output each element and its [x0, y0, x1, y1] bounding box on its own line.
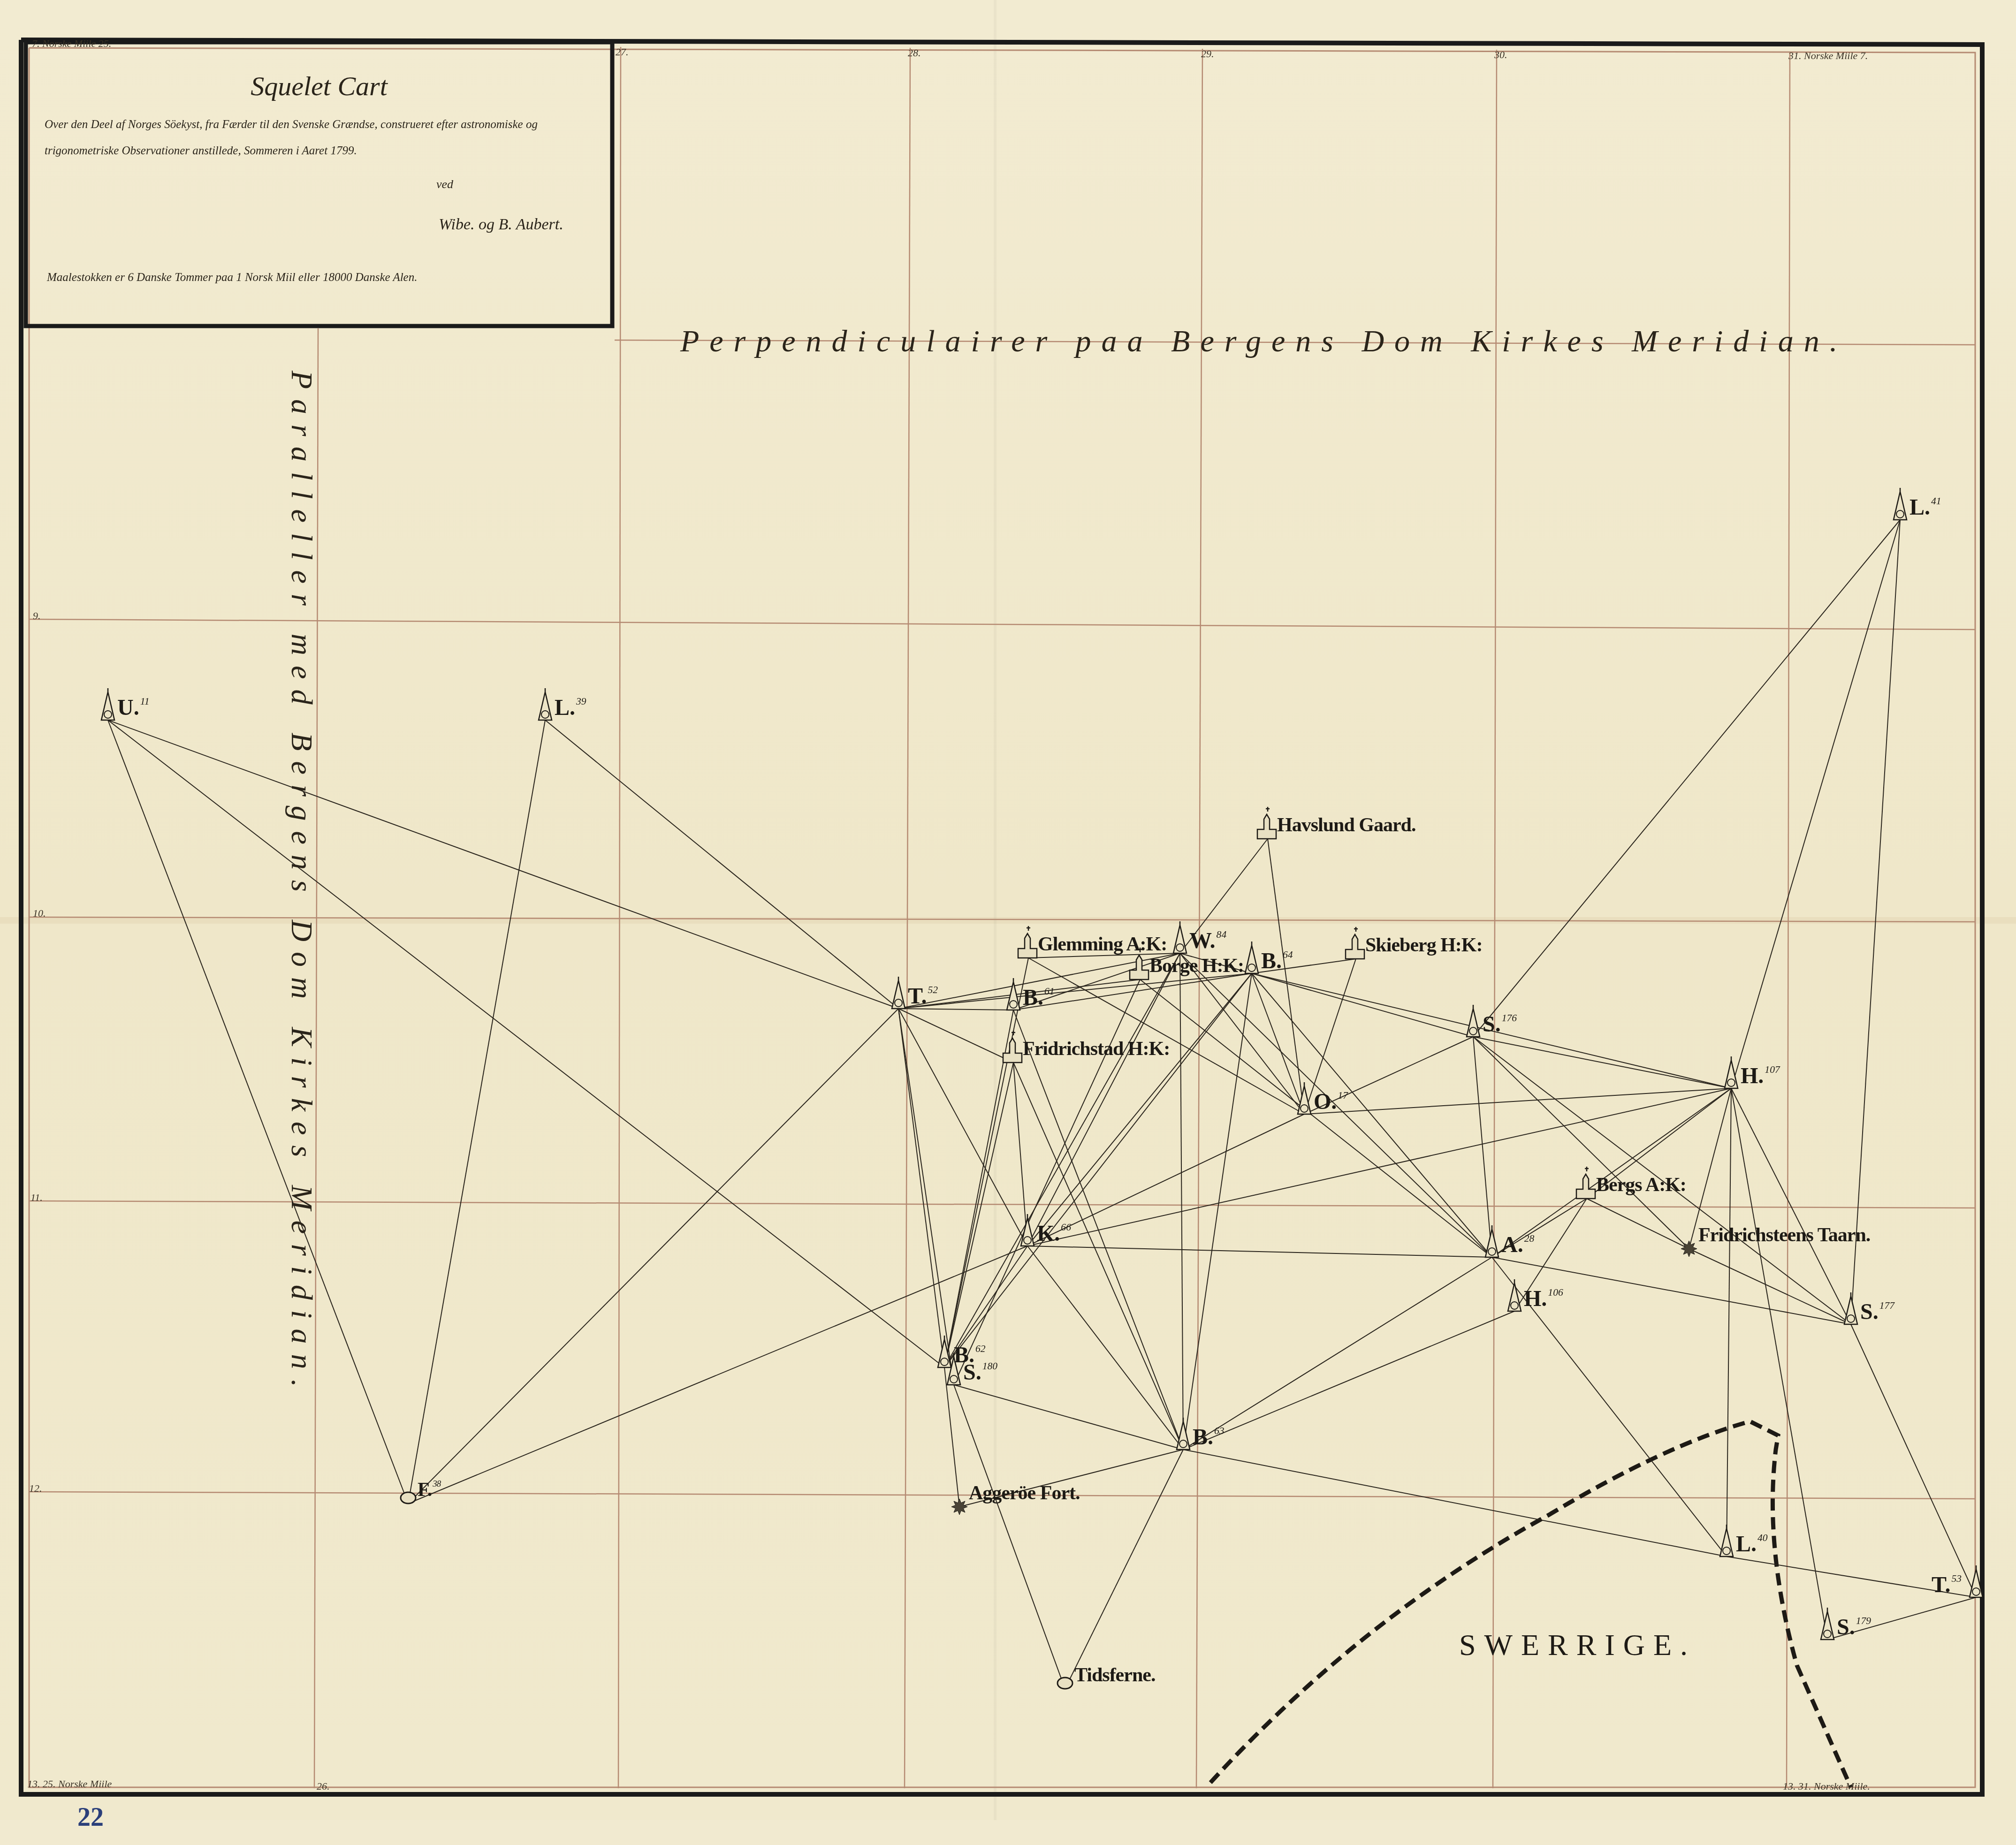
station-label-FridrichsteensTaarn: Fridrichsteens Taarn. — [1698, 1225, 1870, 1245]
station-name: B. — [1023, 985, 1043, 1010]
station-number: 62 — [975, 1343, 986, 1354]
station-label-L40: L.40 — [1736, 1533, 1768, 1556]
station-label-T52: T.52 — [908, 985, 938, 1008]
station-marker-beacon-icon[interactable] — [401, 1492, 416, 1503]
station-number: 41 — [1931, 495, 1941, 507]
station-name: T. — [908, 984, 927, 1009]
station-marker-station-icon[interactable] — [539, 688, 552, 720]
station-number: 180 — [982, 1360, 997, 1372]
station-label-BergsAK: Bergs A:K: — [1596, 1175, 1686, 1195]
station-label-H107: H.107 — [1741, 1065, 1780, 1087]
station-name: F. — [418, 1479, 432, 1501]
station-marker-station-icon[interactable] — [1467, 1005, 1480, 1037]
grid-label-top-30: 30. — [1494, 49, 1507, 61]
map-scale-note: Maalestokken er 6 Danske Tommer paa 1 No… — [47, 271, 417, 284]
archive-stamp-number: 22 — [77, 1802, 104, 1832]
station-label-F38: F.38 — [418, 1480, 441, 1500]
station-name: Tidsferne. — [1074, 1664, 1155, 1686]
station-label-SkiebergHK: Skieberg H:K: — [1365, 935, 1482, 955]
station-number: 52 — [928, 984, 938, 995]
station-name: W. — [1189, 928, 1216, 953]
station-label-HavslundGaard: Havslund Gaard. — [1277, 815, 1415, 835]
station-label-S179: S.179 — [1837, 1616, 1871, 1639]
station-number: 63 — [1214, 1425, 1225, 1436]
grid-label-left-11: 11. — [30, 1192, 43, 1204]
station-number: 177 — [1879, 1300, 1894, 1311]
triangulation-lines — [108, 520, 1976, 1689]
grid-label-left-12: 12. — [29, 1482, 42, 1495]
station-marker-fort-icon[interactable] — [1681, 1241, 1697, 1257]
station-number: 11 — [140, 696, 150, 707]
station-label-B61: B.61 — [1023, 987, 1055, 1009]
grid-label-top-29: 29. — [1201, 48, 1214, 60]
station-name: B. — [1261, 949, 1282, 973]
station-label-O17: O.17 — [1314, 1091, 1348, 1113]
station-name: Borge H:K: — [1149, 955, 1244, 977]
station-label-U11: U.11 — [117, 697, 150, 719]
station-marker-church-icon[interactable] — [1576, 1167, 1595, 1199]
station-number: 39 — [576, 696, 586, 707]
station-name: Aggeröe Fort. — [969, 1482, 1080, 1504]
map-by-label: ved — [436, 177, 453, 191]
station-label-FridrichstadHK: Fridrichstad H:K: — [1023, 1039, 1170, 1059]
station-marker-church-icon[interactable] — [1346, 927, 1364, 959]
station-name: Bergs A:K: — [1596, 1174, 1686, 1196]
station-number: 107 — [1765, 1064, 1780, 1075]
corner-label-bottom-right: 13. 31. Norske Miile. — [1783, 1780, 1870, 1792]
station-number: 61 — [1044, 986, 1055, 997]
station-name: S. — [1483, 1012, 1501, 1037]
station-name: T. — [1932, 1572, 1950, 1597]
station-label-B63: B.63 — [1193, 1426, 1225, 1449]
station-label-L39: L.39 — [555, 697, 586, 719]
station-number: 17 — [1338, 1090, 1348, 1101]
station-number: 40 — [1757, 1532, 1768, 1543]
grid-label-left-10: 10. — [33, 907, 46, 919]
station-label-Tidsferne: Tidsferne. — [1074, 1665, 1155, 1685]
map-subtitle-line1: Over den Deel af Norges Söekyst, fra Fær… — [45, 118, 538, 131]
station-name: L. — [1909, 495, 1930, 520]
station-label-K66: K.66 — [1037, 1222, 1071, 1245]
station-name: H. — [1741, 1063, 1764, 1088]
station-name: K. — [1037, 1221, 1060, 1246]
station-number: 106 — [1548, 1287, 1563, 1298]
station-label-AggeroeFort: Aggeröe Fort. — [969, 1483, 1080, 1503]
station-marker-fort-icon[interactable] — [951, 1499, 967, 1515]
station-marker-station-icon[interactable] — [1508, 1279, 1521, 1311]
station-number: 53 — [1951, 1573, 1962, 1584]
parallels-title: Paralleller med Bergens Dom Kirkes Merid… — [284, 371, 319, 1397]
station-marker-station-icon[interactable] — [1485, 1225, 1499, 1257]
station-name: U. — [117, 695, 139, 720]
station-label-BorgeHK: Borge H:K: — [1149, 956, 1244, 976]
station-marker-station-icon[interactable] — [1177, 1418, 1190, 1450]
station-name: O. — [1314, 1089, 1337, 1114]
station-label-B64: B.64 — [1261, 950, 1293, 972]
station-label-S177: S.177 — [1860, 1301, 1894, 1323]
station-marker-station-icon[interactable] — [892, 977, 905, 1009]
station-number: 84 — [1217, 929, 1227, 940]
station-marker-station-icon[interactable] — [1894, 488, 1907, 520]
station-name: Skieberg H:K: — [1365, 934, 1482, 956]
station-name: H. — [1524, 1286, 1547, 1311]
grid-label-top-31: 31. Norske Miile 7. — [1788, 50, 1868, 62]
station-name: Havslund Gaard. — [1277, 814, 1415, 836]
station-number: 38 — [433, 1479, 441, 1489]
grid-label-left-9: 9. — [33, 610, 41, 622]
station-label-H106: H.106 — [1524, 1288, 1563, 1310]
station-label-A28: A.28 — [1501, 1234, 1534, 1256]
grid-label-top-28: 28. — [908, 47, 921, 59]
map-authors: Wibe. og B. Aubert. — [439, 216, 563, 234]
station-number: 64 — [1283, 949, 1293, 960]
grid-label-bottom-26: 26. — [317, 1780, 330, 1792]
station-marker-manor-icon[interactable] — [1257, 807, 1276, 839]
station-label-L41: L.41 — [1909, 496, 1941, 519]
country-label-sweden: SWERRIGE. — [1459, 1628, 1696, 1663]
station-number: 28 — [1524, 1233, 1535, 1244]
station-marker-beacon-icon[interactable] — [1057, 1678, 1073, 1689]
station-name: S. — [1837, 1615, 1855, 1640]
station-name: B. — [1193, 1425, 1213, 1450]
station-marker-station-icon[interactable] — [1298, 1082, 1311, 1114]
station-number: 176 — [1502, 1012, 1517, 1024]
map-subtitle-line2: trigonometriske Observationer anstillede… — [45, 144, 357, 158]
swedish-border-line — [1210, 1421, 1851, 1787]
station-name: L. — [1736, 1532, 1757, 1556]
station-name: Glemming A:K: — [1038, 934, 1167, 955]
station-marker-station-icon[interactable] — [1720, 1525, 1733, 1556]
grid-label-top-27: 27. — [616, 46, 629, 58]
station-name: Fridrichstad H:K: — [1023, 1038, 1170, 1060]
corner-label-top-left: 7. Norske Miile 25. — [32, 38, 111, 50]
station-number: 179 — [1856, 1615, 1871, 1626]
perpendiculars-title: Perpendiculairer paa Bergens Dom Kirkes … — [680, 324, 1848, 359]
station-label-S180: S.180 — [963, 1361, 997, 1384]
map-title: Squelet Cart — [26, 70, 612, 102]
station-label-GlemmingAK: Glemming A:K: — [1038, 934, 1167, 954]
station-marker-church-icon[interactable] — [1018, 926, 1037, 958]
station-marker-station-icon[interactable] — [1173, 921, 1187, 953]
station-label-W84: W.84 — [1189, 930, 1226, 952]
station-name: A. — [1501, 1232, 1523, 1257]
corner-label-bottom-left: 13. 25. Norske Miile — [27, 1778, 112, 1790]
station-name: L. — [555, 695, 575, 720]
map-sheet: Squelet Cart Over den Deel af Norges Söe… — [0, 0, 2016, 1845]
station-number: 66 — [1061, 1222, 1071, 1233]
station-marker-station-icon[interactable] — [101, 688, 114, 720]
station-name: S. — [963, 1360, 981, 1385]
station-name: S. — [1860, 1299, 1879, 1324]
station-label-S176: S.176 — [1483, 1013, 1517, 1036]
station-marker-station-icon[interactable] — [1245, 941, 1258, 973]
grid-lines — [29, 47, 1975, 1788]
station-label-T53: T.53 — [1932, 1574, 1962, 1596]
station-marker-station-icon[interactable] — [1844, 1292, 1857, 1324]
station-name: Fridrichsteens Taarn. — [1698, 1224, 1870, 1246]
